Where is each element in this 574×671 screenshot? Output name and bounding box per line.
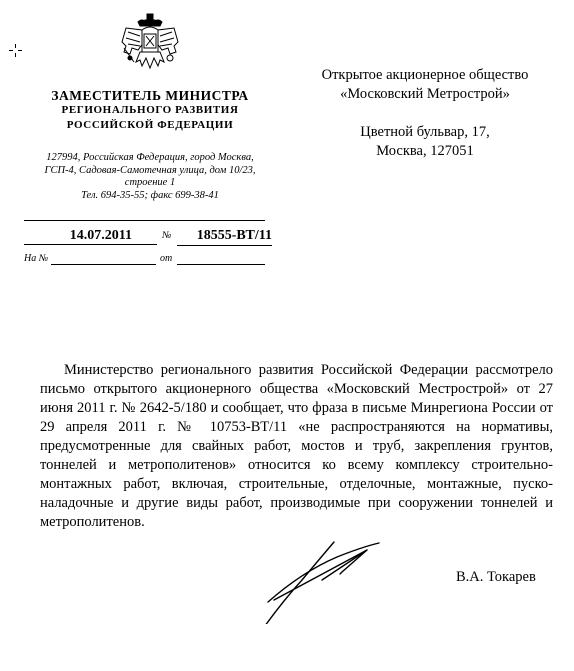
handwritten-signature xyxy=(262,532,392,624)
from-label: от xyxy=(160,253,172,264)
ministry-title: ЗАМЕСТИТЕЛЬ МИНИСТРА РЕГИОНАЛЬНОГО РАЗВИ… xyxy=(20,88,280,133)
recipient-line: Открытое акционерное общество xyxy=(300,66,550,85)
recipient-line: «Московский Метрострой» xyxy=(300,85,550,104)
ministry-title-line: РОССИЙСКОЙ ФЕДЕРАЦИИ xyxy=(20,118,280,133)
letterhead-divider xyxy=(24,220,265,221)
reply-to-blank xyxy=(51,264,156,265)
body-paragraph: Министерство регионального развития Росс… xyxy=(40,361,553,532)
crosshair-mark xyxy=(9,44,22,57)
letter-number: 18555-ВТ/11 xyxy=(177,228,272,246)
letter-body: Министерство регионального развития Росс… xyxy=(40,361,553,532)
recipient-address-line: Москва, 127051 xyxy=(300,142,550,161)
reply-to-label: На № xyxy=(24,253,48,264)
number-label: № xyxy=(162,230,171,241)
address-line: ГСП-4, Садовая-Самотечная улица, дом 10/… xyxy=(20,165,280,178)
recipient-block: Открытое акционерное общество «Московски… xyxy=(300,66,550,161)
coat-of-arms-icon xyxy=(118,12,182,74)
ministry-address: 127994, Российская Федерация, город Моск… xyxy=(20,152,280,202)
ministry-title-line: РЕГИОНАЛЬНОГО РАЗВИТИЯ xyxy=(20,103,280,118)
letter-date: 14.07.2011 xyxy=(24,228,157,245)
reference-row: 14.07.2011 № 18555-ВТ/11 xyxy=(24,228,274,248)
phone-fax-line: Тел. 694-35-55; факс 699-38-41 xyxy=(20,190,280,203)
reply-reference-row: На № от xyxy=(24,253,274,267)
address-line: строение 1 xyxy=(20,177,280,190)
from-blank xyxy=(177,264,265,265)
signer-name: В.А. Токарев xyxy=(456,569,536,586)
ministry-title-line: ЗАМЕСТИТЕЛЬ МИНИСТРА xyxy=(20,88,280,103)
address-line: 127994, Российская Федерация, город Моск… xyxy=(20,152,280,165)
recipient-address-line: Цветной бульвар, 17, xyxy=(300,123,550,142)
